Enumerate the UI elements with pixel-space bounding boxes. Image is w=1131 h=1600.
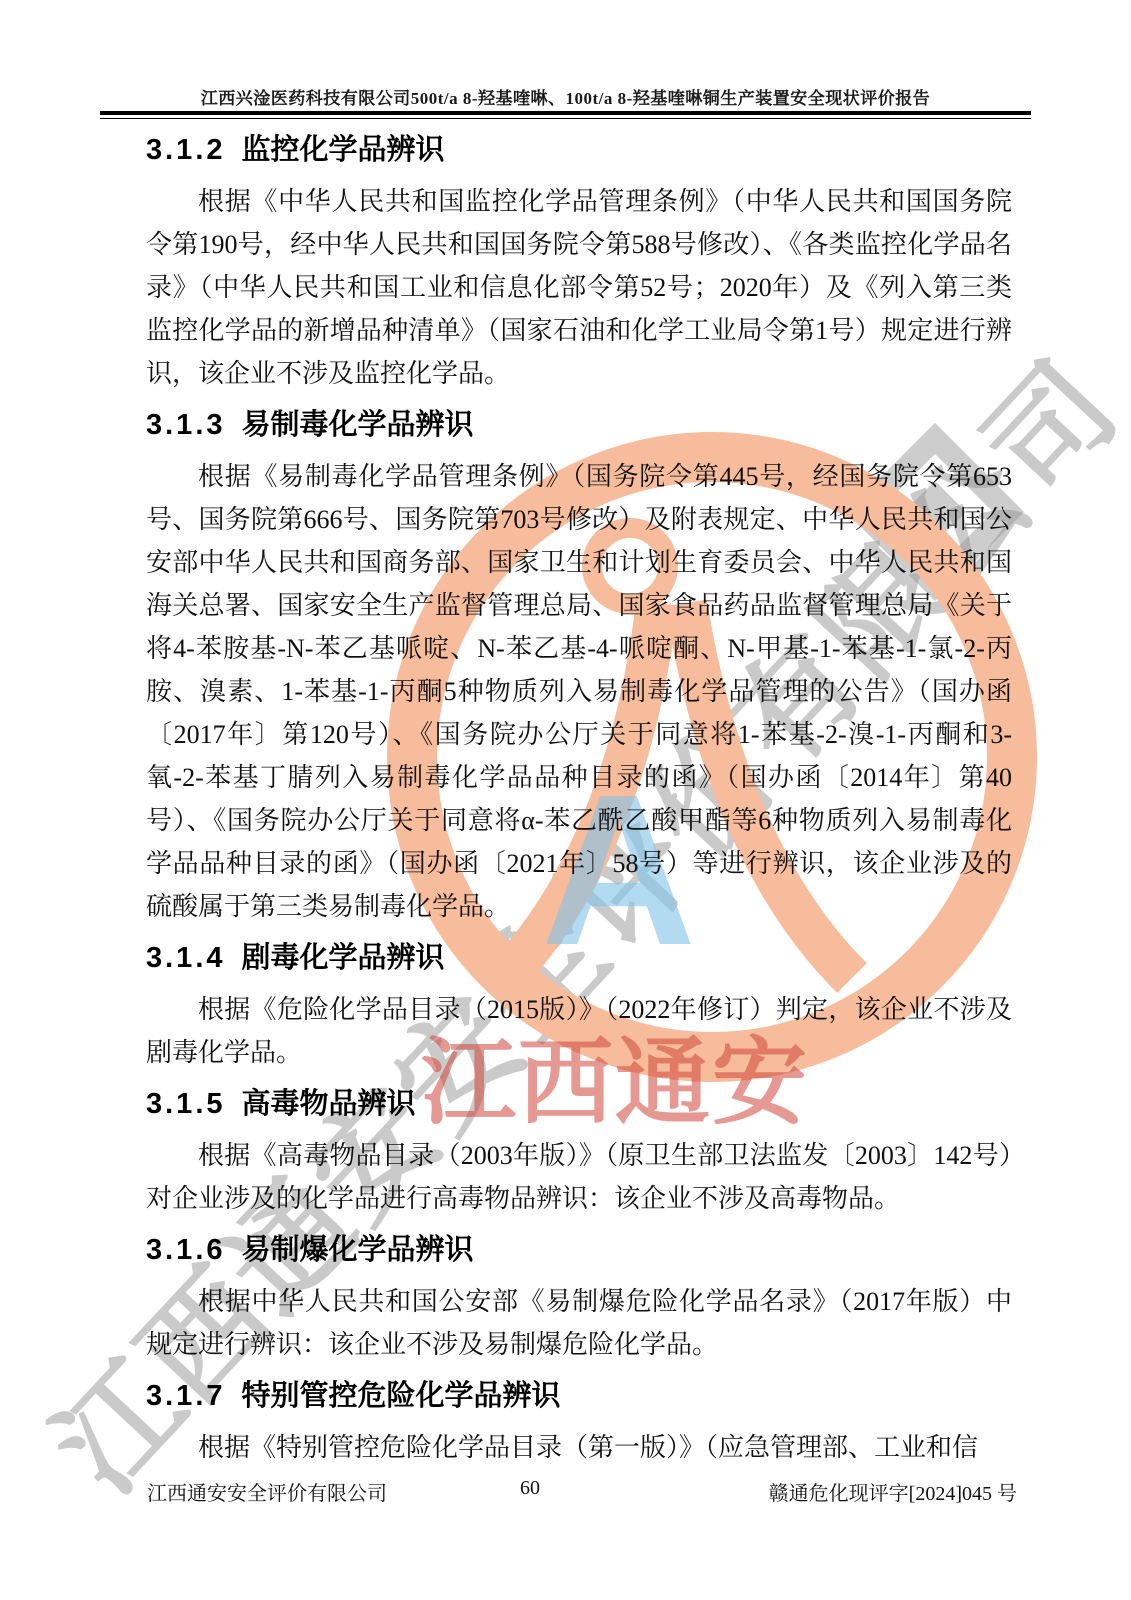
section-heading-3-1-7: 3.1.7特别管控危险化学品辨识: [146, 1374, 1012, 1418]
section-title: 特别管控危险化学品辨识: [242, 1380, 561, 1412]
section-paragraph-3-1-3: 根据《易制毒化学品管理条例》（国务院令第445号，经国务院令第653号、国务院第…: [146, 455, 1012, 928]
section-title: 易制毒化学品辨识: [242, 409, 474, 441]
section-number: 3.1.3: [146, 409, 226, 441]
section-heading-3-1-6: 3.1.6易制爆化学品辨识: [146, 1228, 1012, 1272]
section-title: 剧毒化学品辨识: [242, 942, 445, 974]
header-rule-thick: [100, 111, 1031, 115]
section-paragraph-3-1-4: 根据《危险化学品目录（2015版）》（2022年修订）判定，该企业不涉及剧毒化学…: [146, 988, 1012, 1074]
header-rule-thin: [100, 118, 1031, 119]
section-paragraph-3-1-7: 根据《特别管控危险化学品目录（第一版）》（应急管理部、工业和信: [146, 1426, 1012, 1469]
section-paragraph-3-1-6: 根据中华人民共和国公安部《易制爆危险化学品名录》（2017年版）中规定进行辨识：…: [146, 1280, 1012, 1366]
section-number: 3.1.7: [146, 1380, 226, 1412]
section-number: 3.1.5: [146, 1088, 226, 1120]
section-title: 易制爆化学品辨识: [242, 1234, 474, 1266]
footer-company-name: 江西通安安全评价有限公司: [147, 1477, 387, 1506]
page-header-title: 江西兴淦医药科技有限公司500t/a 8-羟基喹啉、100t/a 8-羟基喹啉铜…: [0, 84, 1131, 109]
section-title: 高毒物品辨识: [242, 1088, 416, 1120]
section-heading-3-1-2: 3.1.2监控化学品辨识: [146, 128, 1012, 172]
section-paragraph-3-1-2: 根据《中华人民共和国监控化学品管理条例》（中华人民共和国国务院令第190号，经中…: [146, 180, 1012, 395]
section-number: 3.1.6: [146, 1234, 226, 1266]
section-number: 3.1.2: [146, 134, 226, 166]
section-heading-3-1-4: 3.1.4剧毒化学品辨识: [146, 936, 1012, 980]
document-page: 江西通安安全评价有限公司 A 江西通安 江西兴淦医药科技有限公司500t/a 8…: [0, 0, 1131, 1600]
footer-page-number: 60: [495, 1477, 565, 1500]
section-paragraph-3-1-5: 根据《高毒物品目录（2003年版）》（原卫生部卫法监发〔2003〕142号）对企…: [146, 1134, 1012, 1220]
section-heading-3-1-3: 3.1.3易制毒化学品辨识: [146, 403, 1012, 447]
footer-report-number: 赣通危化现评字[2024]045 号: [769, 1477, 1017, 1506]
document-body: 3.1.2监控化学品辨识 根据《中华人民共和国监控化学品管理条例》（中华人民共和…: [146, 128, 1012, 1469]
section-heading-3-1-5: 3.1.5高毒物品辨识: [146, 1082, 1012, 1126]
page-footer: 江西通安安全评价有限公司 60 赣通危化现评字[2024]045 号: [0, 1477, 1131, 1507]
section-title: 监控化学品辨识: [242, 134, 445, 166]
section-number: 3.1.4: [146, 942, 226, 974]
